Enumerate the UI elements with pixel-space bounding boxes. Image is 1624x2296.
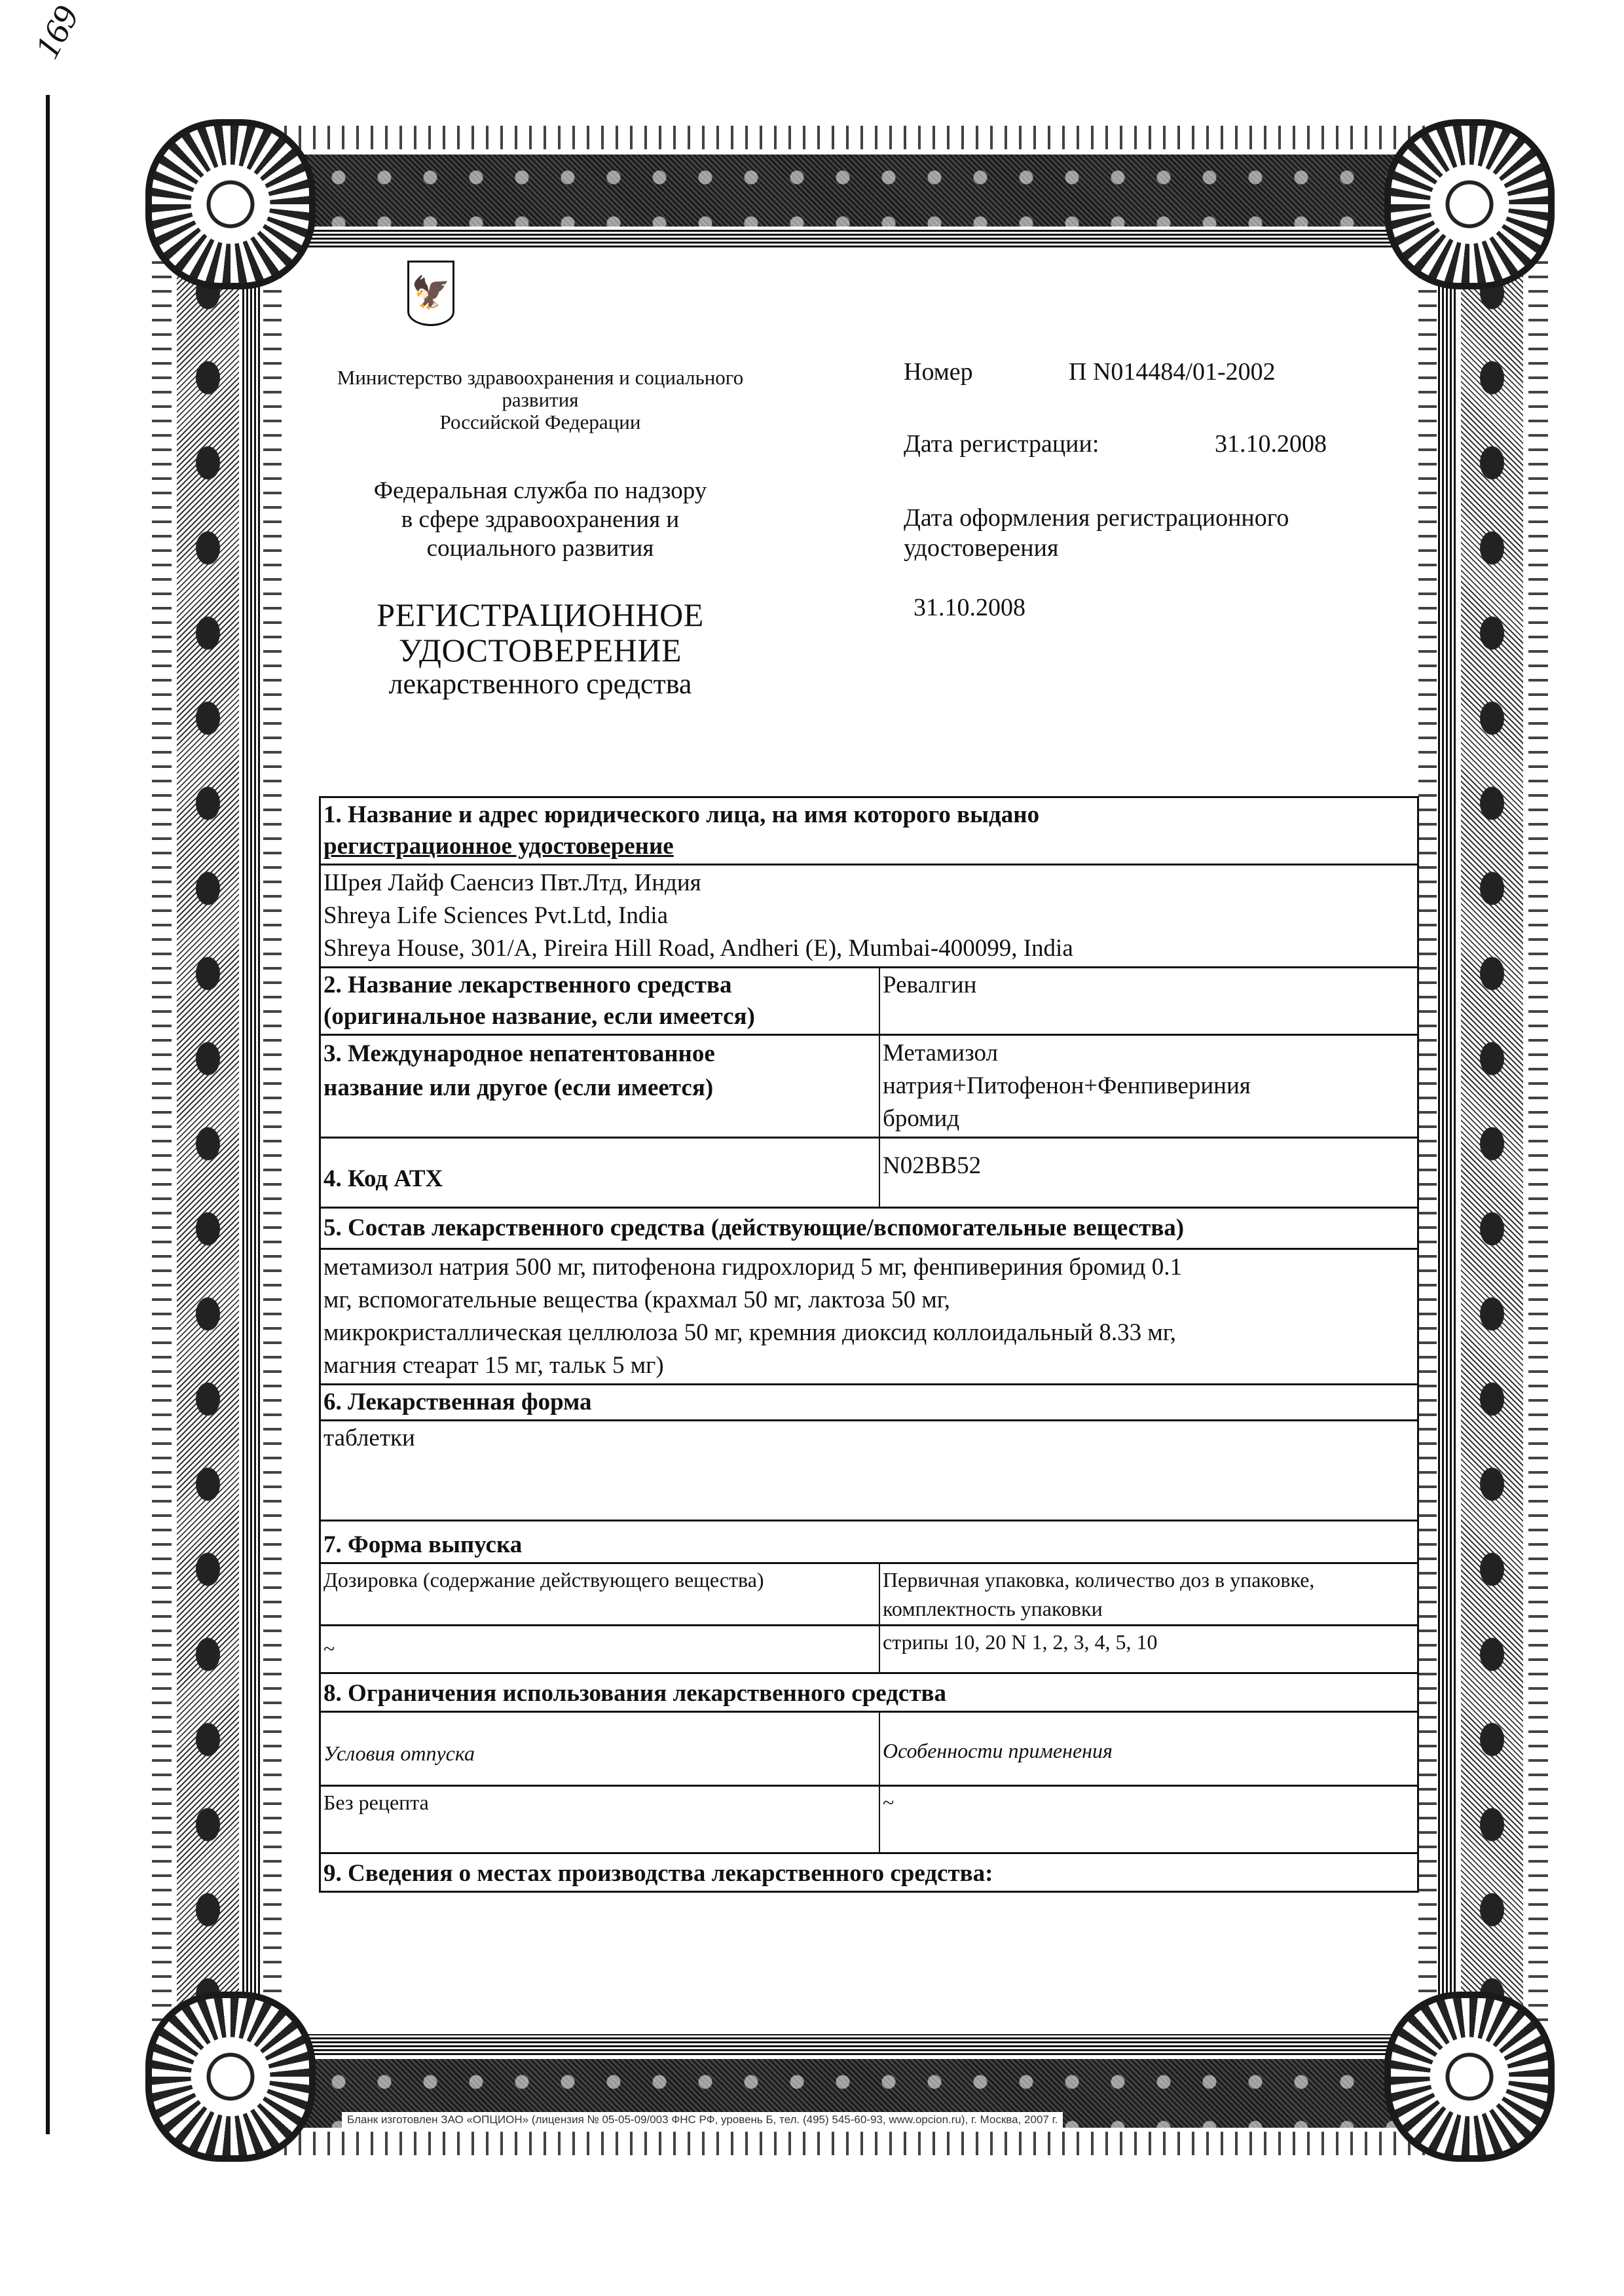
section-2-row: 2. Название лекарственного средства (ори… — [321, 968, 1417, 1036]
section-7-title: 7. Форма выпуска — [321, 1522, 1417, 1562]
packaging-header: Первичная упаковка, количество доз в упа… — [880, 1564, 1417, 1624]
section-8-title: 8. Ограничения использования лекарственн… — [321, 1674, 1417, 1711]
dispensing-conditions-value: Без рецепта — [321, 1787, 880, 1852]
section-3-row: 3. Международное непатентованное названи… — [321, 1036, 1417, 1139]
section-7-header-row: 7. Форма выпуска — [321, 1522, 1417, 1564]
section-6-value-row: таблетки — [321, 1421, 1417, 1522]
section-4-row: 4. Код АТХ N02BB52 — [321, 1139, 1417, 1209]
section-7-value-row: ~ стрипы 10, 20 N 1, 2, 3, 4, 5, 10 — [321, 1626, 1417, 1674]
section-1-header-row: 1. Название и адрес юридического лица, н… — [321, 798, 1417, 866]
usage-features-header: Особенности применения — [880, 1713, 1417, 1785]
number-label: Номер — [904, 357, 973, 387]
dispensing-conditions-header: Условия отпуска — [321, 1713, 880, 1785]
section-9-title: 9. Сведения о местах производства лекарс… — [321, 1854, 1417, 1891]
certificate-number: П N014484/01-2002 — [1069, 357, 1276, 387]
corner-rosette-icon — [145, 119, 316, 289]
section-1-value-row: Шрея Лайф Саенсиз Пвт.Лтд, Индия Shreya … — [321, 866, 1417, 968]
section-8-subheader-row: Условия отпуска Особенности применения — [321, 1713, 1417, 1787]
dosage-value: ~ — [321, 1626, 880, 1672]
section-6-title: 6. Лекарственная форма — [321, 1385, 1417, 1419]
corner-rosette-icon — [145, 1992, 316, 2162]
blank-microprint: Бланк изготовлен ЗАО «ОПЦИОН» (лицензия … — [342, 2112, 1063, 2128]
registration-date: 31.10.2008 — [1215, 429, 1327, 459]
corner-rosette-icon — [1384, 1992, 1555, 2162]
section-8-value-row: Без рецепта ~ — [321, 1787, 1417, 1854]
russian-coat-of-arms-icon: 🦅 — [411, 278, 451, 309]
dosage-form: таблетки — [321, 1421, 1417, 1520]
inn-name: Метамизол натрия+Питофенон+Фенпивериния … — [880, 1036, 1417, 1137]
atc-code: N02BB52 — [880, 1139, 1417, 1207]
border-left — [152, 250, 282, 2021]
scan-edge-line — [46, 95, 50, 2134]
holder-name-address: Шрея Лайф Саенсиз Пвт.Лтд, Индия Shreya … — [321, 866, 1417, 966]
ministry-name: Министерство здравоохранения и социально… — [288, 367, 792, 433]
dosage-header: Дозировка (содержание действующего вещес… — [321, 1564, 880, 1624]
section-8-header-row: 8. Ограничения использования лекарственн… — [321, 1674, 1417, 1713]
certificate-table: 1. Название и адрес юридического лица, н… — [319, 796, 1419, 1893]
composition: метамизол натрия 500 мг, питофенона гидр… — [321, 1250, 1417, 1383]
section-2-title: 2. Название лекарственного средства (ори… — [321, 968, 880, 1034]
border-right — [1418, 250, 1548, 2021]
section-5-value-row: метамизол натрия 500 мг, питофенона гидр… — [321, 1250, 1417, 1385]
border-top — [270, 126, 1430, 250]
section-7-subheader-row: Дозировка (содержание действующего вещес… — [321, 1564, 1417, 1626]
usage-features-value: ~ — [880, 1787, 1417, 1852]
issue-date: 31.10.2008 — [913, 592, 1025, 623]
drug-trade-name: Ревалгин — [880, 968, 1417, 1034]
section-3-title: 3. Международное непатентованное названи… — [321, 1036, 880, 1137]
section-9-header-row: 9. Сведения о местах производства лекарс… — [321, 1854, 1417, 1893]
section-5-title: 5. Состав лекарственного средства (дейст… — [321, 1209, 1417, 1248]
handwritten-page-number: 169 — [26, 0, 87, 65]
packaging-value: стрипы 10, 20 N 1, 2, 3, 4, 5, 10 — [880, 1626, 1417, 1672]
certificate-subtitle: лекарственного средства — [288, 668, 792, 701]
border-bottom — [270, 2021, 1430, 2155]
registration-date-label: Дата регистрации: — [904, 429, 1099, 459]
section-6-header-row: 6. Лекарственная форма — [321, 1385, 1417, 1421]
federal-service-name: Федеральная служба по надзору в сфере зд… — [288, 477, 792, 563]
corner-rosette-icon — [1384, 119, 1555, 289]
section-4-title: 4. Код АТХ — [321, 1139, 880, 1207]
issue-date-label: Дата оформления регистрационного удостов… — [904, 503, 1401, 563]
certificate-title: РЕГИСТРАЦИОННОЕ УДОСТОВЕРЕНИЕ — [288, 597, 792, 668]
coat-of-arms-shield: 🦅 — [407, 261, 454, 326]
section-5-header-row: 5. Состав лекарственного средства (дейст… — [321, 1209, 1417, 1250]
section-1-title: 1. Название и адрес юридического лица, н… — [321, 798, 1417, 864]
